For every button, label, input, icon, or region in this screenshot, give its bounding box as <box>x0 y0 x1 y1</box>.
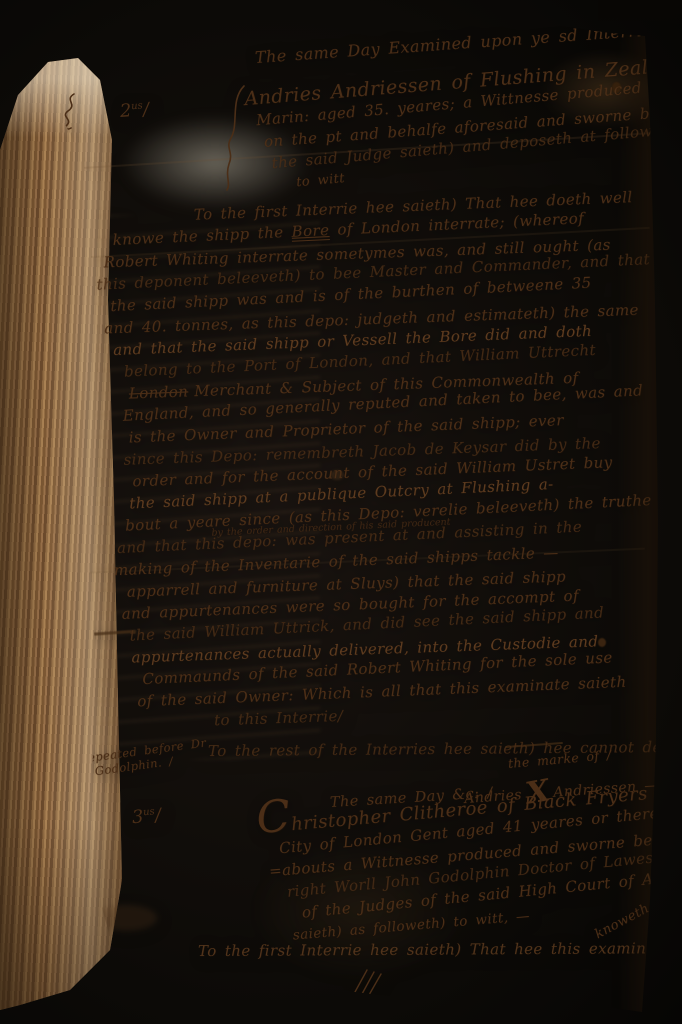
margin-number-superscript: us <box>143 806 155 818</box>
ship-name-underlined: Bore <box>291 221 330 242</box>
witness1-preamble: Andries Andriessen of Flushing in Zeal: … <box>244 56 661 198</box>
struck-word: London <box>129 382 189 402</box>
witness2-margin-number: 3us/ <box>131 805 162 828</box>
witness1-deposition-body: To the first Interrie hee saieth) That h… <box>81 185 672 735</box>
margin-number-superscript: us <box>131 100 143 112</box>
margin-number-slash: / <box>142 99 150 120</box>
closing-flourish-icon <box>352 966 386 996</box>
manuscript-page: The same Day Examined upon ye sd Interri… <box>0 0 682 1024</box>
margin-number-slash: / <box>154 805 162 826</box>
manuscript-photograph: The same Day Examined upon ye sd Interri… <box>0 0 682 1024</box>
witness1-margin-number: 2us/ <box>119 99 150 122</box>
